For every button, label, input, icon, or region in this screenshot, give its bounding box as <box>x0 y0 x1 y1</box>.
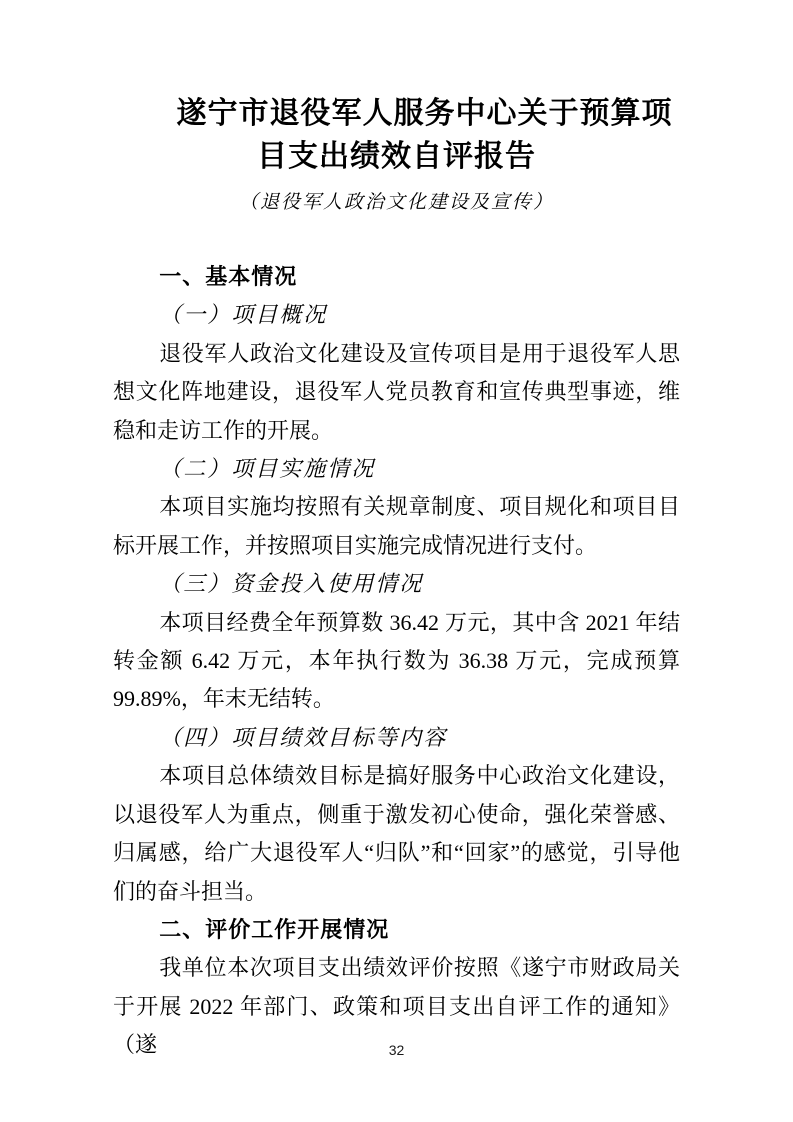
paragraph-4: 本项目总体绩效目标是搞好服务中心政治文化建设，以退役军人为重点，侧重于激发初心使… <box>113 757 680 911</box>
subsection-heading-4: （四）项目绩效目标等内容 <box>113 719 680 757</box>
subsection-heading-2: （二）项目实施情况 <box>113 450 680 488</box>
paragraph-2: 本项目实施均按照有关规章制度、项目规化和项目目标开展工作，并按照项目实施完成情况… <box>113 488 680 565</box>
document-content: 遂宁市退役军人服务中心关于预算项 目支出绩效自评报告 （退役军人政治文化建设及宣… <box>113 0 680 1065</box>
section-heading-2: 二、评价工作开展情况 <box>113 911 680 949</box>
document-title-line-1: 遂宁市退役军人服务中心关于预算项 <box>113 92 680 135</box>
document-body: 一、基本情况 （一）项目概况 退役军人政治文化建设及宣传项目是用于退役军人思想文… <box>113 258 680 1065</box>
page-number: 32 <box>0 1042 793 1058</box>
paragraph-1: 退役军人政治文化建设及宣传项目是用于退役军人思想文化阵地建设，退役军人党员教育和… <box>113 335 680 450</box>
section-heading-1: 一、基本情况 <box>113 258 680 296</box>
document-title-line-2: 目支出绩效自评报告 <box>113 135 680 178</box>
document-page: 遂宁市退役军人服务中心关于预算项 目支出绩效自评报告 （退役军人政治文化建设及宣… <box>0 0 793 1122</box>
document-subtitle: （退役军人政治文化建设及宣传） <box>113 189 680 216</box>
paragraph-3: 本项目经费全年预算数 36.42 万元，其中含 2021 年结转金额 6.42 … <box>113 604 680 719</box>
subsection-heading-3: （三）资金投入使用情况 <box>113 565 680 603</box>
subsection-heading-1: （一）项目概况 <box>113 296 680 334</box>
document-title: 遂宁市退役军人服务中心关于预算项 目支出绩效自评报告 <box>113 92 680 178</box>
